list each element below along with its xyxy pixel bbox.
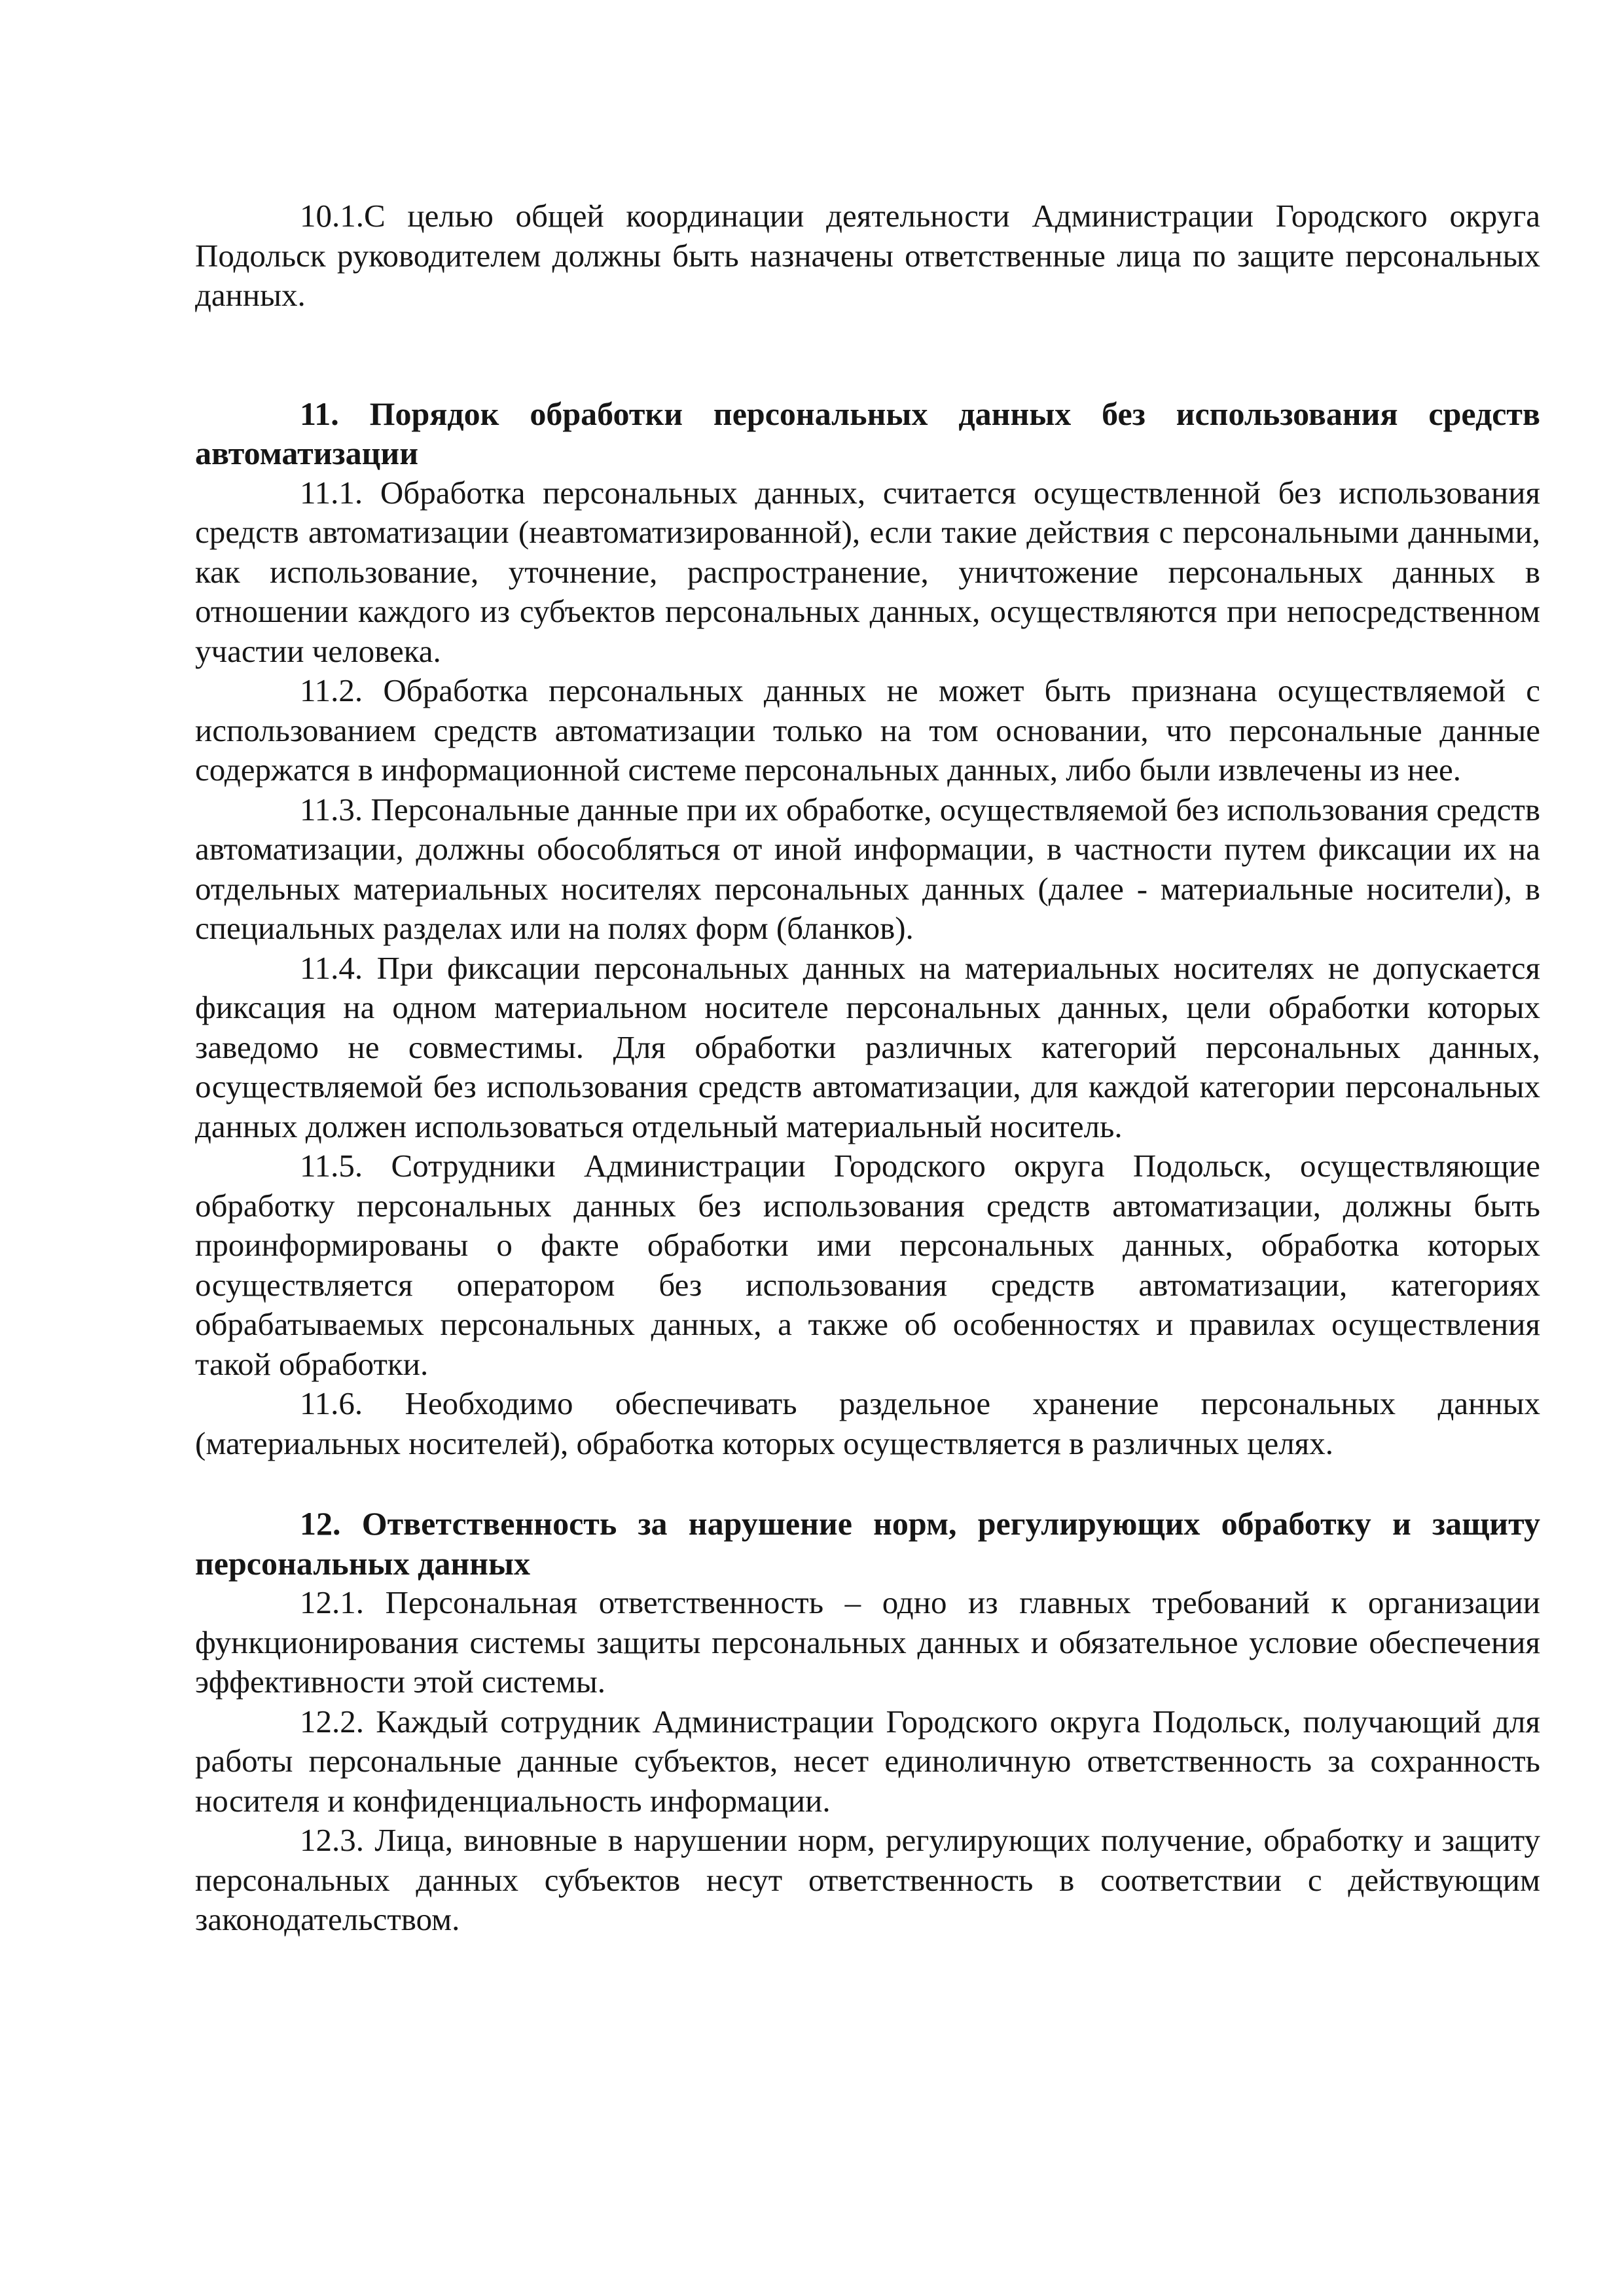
document-page: 10.1.С целью общей координации деятельно… xyxy=(195,196,1540,1940)
paragraph-11-4: 11.4. При фиксации персональных данных н… xyxy=(195,949,1540,1147)
paragraph-number: 12.1. xyxy=(300,1584,364,1620)
paragraph-11-1: 11.1. Обработка персональных данных, счи… xyxy=(195,473,1540,672)
paragraph-number: 10.1. xyxy=(300,198,364,234)
section-11-heading: 11. Порядок обработки персональных данны… xyxy=(195,394,1540,473)
paragraph-text: Персональные данные при их обработке, ос… xyxy=(195,792,1540,947)
paragraph-text: При фиксации персональных данных на мате… xyxy=(195,950,1540,1144)
paragraph-number: 11.1. xyxy=(300,475,363,511)
paragraph-number: 11.4. xyxy=(300,950,363,986)
paragraph-number: 11.3. xyxy=(300,792,363,828)
paragraph-number: 11.6. xyxy=(300,1385,363,1421)
section-spacer xyxy=(195,316,1540,394)
paragraph-number: 11.2. xyxy=(300,672,363,708)
section-spacer xyxy=(195,1463,1540,1504)
paragraph-11-3: 11.3. Персональные данные при их обработ… xyxy=(195,790,1540,949)
paragraph-11-5: 11.5. Сотрудники Администрации Городског… xyxy=(195,1146,1540,1384)
paragraph-11-2: 11.2. Обработка персональных данных не м… xyxy=(195,671,1540,790)
paragraph-text: Необходимо обеспечивать раздельное хране… xyxy=(195,1385,1540,1461)
paragraph-12-2: 12.2. Каждый сотрудник Администрации Гор… xyxy=(195,1702,1540,1821)
paragraph-number: 12.3. xyxy=(300,1822,364,1858)
paragraph-text: Персональная ответственность – одно из г… xyxy=(195,1584,1540,1700)
paragraph-number: 11.5. xyxy=(300,1148,363,1184)
paragraph-text: Лица, виновные в нарушении норм, регулир… xyxy=(195,1822,1540,1937)
paragraph-12-1: 12.1. Персональная ответственность – одн… xyxy=(195,1583,1540,1702)
section-12-heading: 12. Ответственность за нарушение норм, р… xyxy=(195,1504,1540,1583)
paragraph-text: С целью общей координации деятельности А… xyxy=(195,198,1540,313)
paragraph-12-3: 12.3. Лица, виновные в нарушении норм, р… xyxy=(195,1821,1540,1940)
paragraph-11-6: 11.6. Необходимо обеспечивать раздельное… xyxy=(195,1384,1540,1463)
paragraph-text: Обработка персональных данных не может б… xyxy=(195,672,1540,788)
paragraph-10-1: 10.1.С целью общей координации деятельно… xyxy=(195,196,1540,316)
paragraph-text: Каждый сотрудник Администрации Городског… xyxy=(195,1704,1540,1819)
paragraph-text: Сотрудники Администрации Городского окру… xyxy=(195,1148,1540,1382)
paragraph-number: 12.2. xyxy=(300,1704,364,1740)
paragraph-text: Обработка персональных данных, считается… xyxy=(195,475,1540,669)
